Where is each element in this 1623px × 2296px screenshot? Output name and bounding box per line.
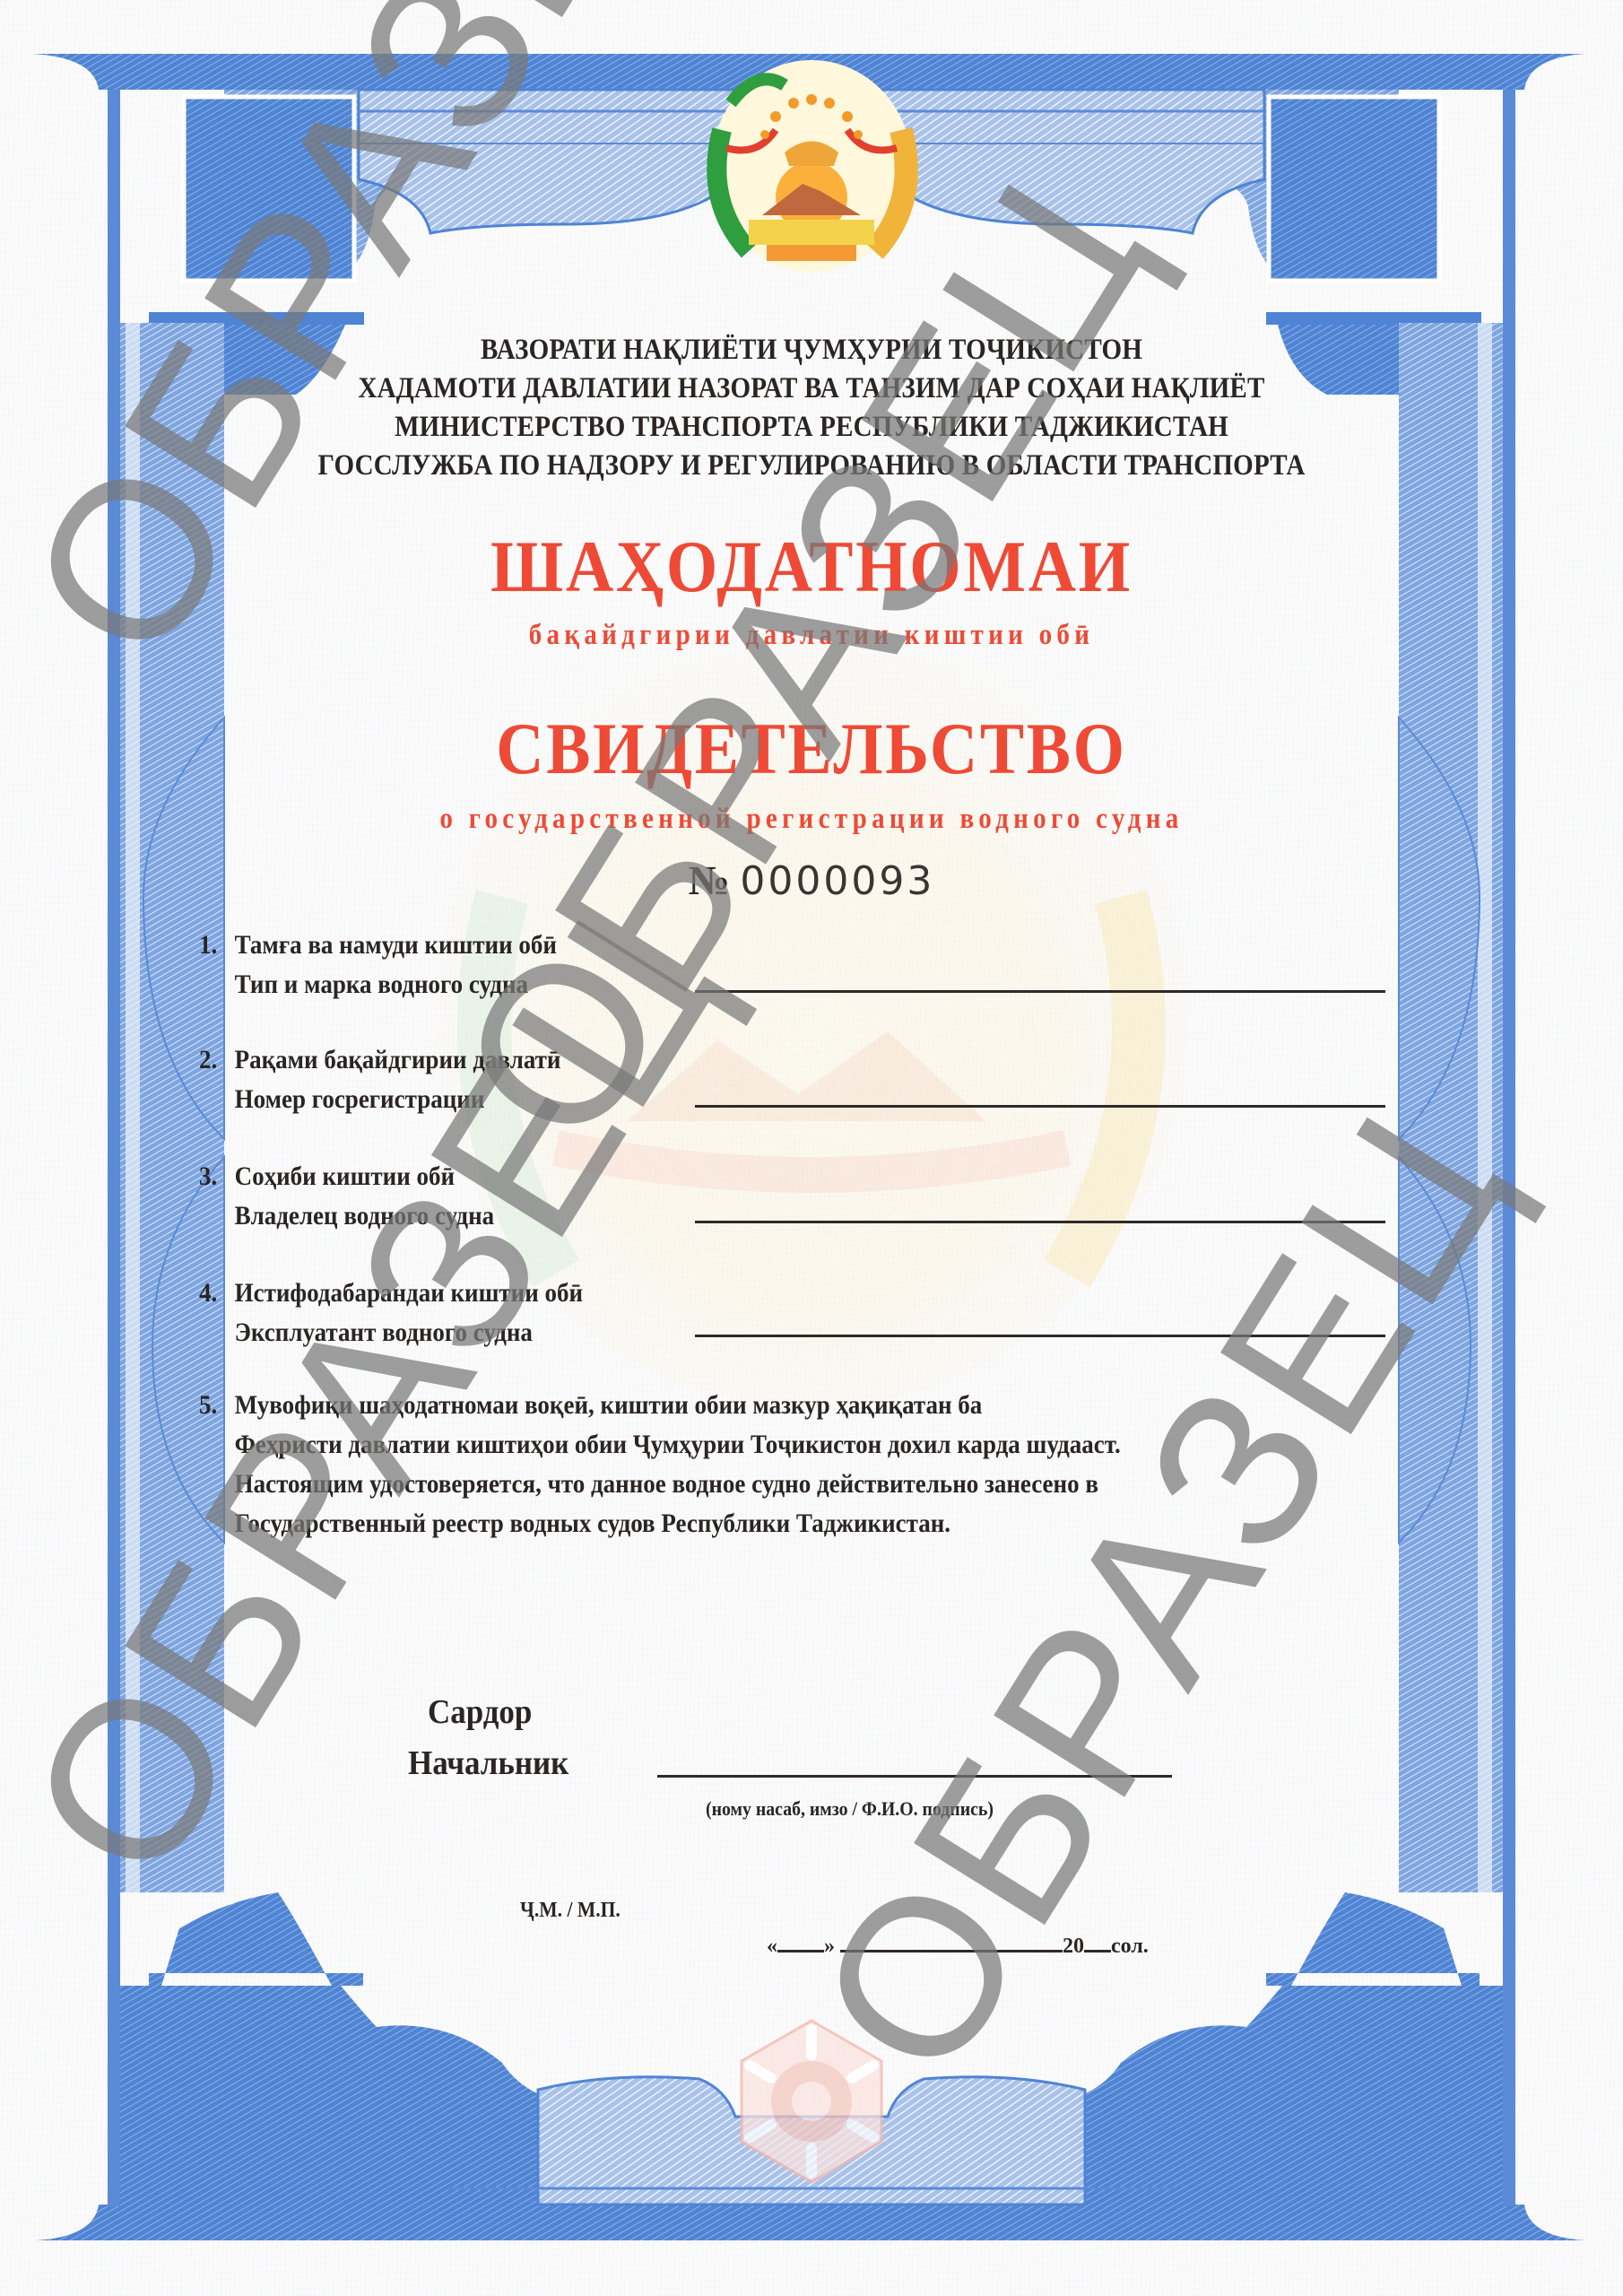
stamp-place-label: Ҷ.М. / М.П.: [520, 1899, 621, 1923]
number-value: 0000093: [740, 858, 934, 904]
title-tajik: ШАҲОДАТНОМАИ: [82, 525, 1542, 609]
field-label-tj: Соҳиби киштии обӣ: [235, 1161, 455, 1191]
field-label-ru: Номер госрегистрации: [199, 1080, 560, 1119]
certificate-number: № 0000093: [0, 857, 1623, 904]
field-owner-input[interactable]: [695, 1221, 1385, 1223]
field-operator-input[interactable]: [695, 1335, 1385, 1337]
subtitle-russian: о государственной регистрации водного су…: [98, 803, 1526, 836]
field-label-tj: Рақами бақайдгирии давлатӣ: [235, 1045, 561, 1074]
date-year-input[interactable]: [1084, 1932, 1111, 1952]
subtitle-tajik: бақайдгирии давлатии киштии обӣ: [98, 619, 1526, 652]
field-vessel-type-input[interactable]: [695, 990, 1385, 993]
field-label-tj: Истифодабарандаи киштии обӣ: [235, 1278, 584, 1308]
signature-input[interactable]: [657, 1775, 1172, 1778]
statement-line: Мувофиқи шаҳодатномаи воқеӣ, киштии обии…: [235, 1390, 983, 1420]
header-line-ministry-tj: ВАЗОРАТИ НАҚЛИЁТИ ҶУМҲУРИИ ТОҶИКИСТОН: [98, 334, 1526, 372]
coat-of-arms-emblem: [711, 60, 912, 272]
field-registration-number-input[interactable]: [695, 1105, 1385, 1108]
field-label-tj: Тамға ва намуди киштии обӣ: [235, 930, 557, 960]
field-label-ru: Тип и марка водного судна: [199, 965, 557, 1004]
date-month-input[interactable]: [840, 1932, 1063, 1952]
number-sign: №: [689, 857, 730, 903]
field-label-ru: Владелец водного судна: [199, 1196, 494, 1236]
signature-caption: (ному насаб, имзо / Ф.И.О. подпись): [706, 1797, 994, 1821]
header-line-ministry-ru: МИНИСТЕРСТВО ТРАНСПОРТА РЕСПУБЛИКИ ТАДЖИ…: [98, 411, 1526, 449]
issue-date: «» 20сол.: [767, 1932, 1149, 1959]
date-day-input[interactable]: [777, 1932, 824, 1952]
title-russian: СВИДЕТЕЛЬСТВО: [82, 707, 1542, 791]
registration-statement: 5.Мувофиқи шаҳодатномаи воқеӣ, киштии об…: [199, 1386, 1121, 1544]
field-vessel-type: 1.Тамға ва намуди киштии обӣ Тип и марка…: [199, 926, 557, 1004]
field-owner: 3.Соҳиби киштии обӣ Владелец водного суд…: [199, 1157, 494, 1236]
signatory-title-tj: Сардор: [428, 1692, 532, 1732]
signatory-title-ru: Начальник: [408, 1744, 568, 1783]
header-line-service-ru: ГОССЛУЖБА ПО НАДЗОРУ И РЕГУЛИРОВАНИЮ В О…: [98, 449, 1526, 488]
header-line-service-tj: ХАДАМОТИ ДАВЛАТИИ НАЗОРАТ ВА ТАНЗИМ ДАР …: [98, 372, 1526, 411]
field-label-ru: Эксплуатант водного судна: [199, 1313, 583, 1352]
field-registration-number: 2.Рақами бақайдгирии давлатӣ Номер госре…: [199, 1040, 560, 1119]
statement-line: Государственный реестр водных судов Респ…: [199, 1504, 1121, 1544]
statement-line: Настоящим удостоверяется, что данное вод…: [199, 1465, 1121, 1504]
header-block: ВАЗОРАТИ НАҚЛИЁТИ ҶУМҲУРИИ ТОҶИКИСТОН ХА…: [0, 334, 1623, 488]
field-operator: 4.Истифодабарандаи киштии обӣ Эксплуатан…: [199, 1274, 583, 1352]
statement-line: Феҳристи давлатии киштиҳои обии Ҷумҳурии…: [199, 1425, 1121, 1465]
